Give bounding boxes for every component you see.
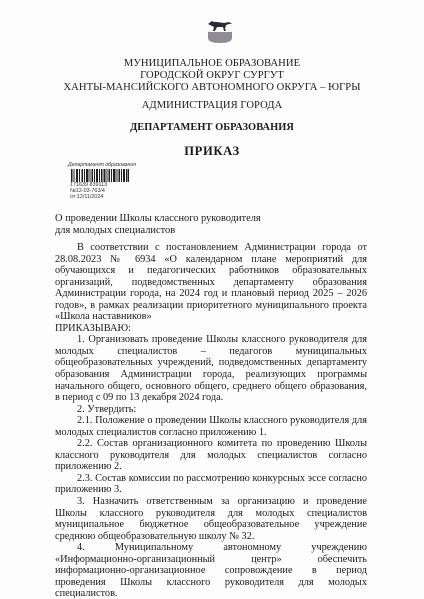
order-directive-word: ПРИКАЗЫВАЮ:	[55, 323, 367, 335]
barcode-icon	[71, 169, 129, 182]
stamp-date: от:12/11/2024	[70, 194, 138, 200]
subject-line-1: О проведении Школы классного руководител…	[55, 213, 261, 225]
document-type-title: ПРИКАЗ	[0, 145, 424, 157]
order-item-2: 2. Утвердить:	[55, 404, 367, 416]
municipality-line-2: ГОРОДСКОЙ ОКРУГ СУРГУТ	[0, 70, 424, 82]
order-item-2-2: 2.2. Состав организационного комитета по…	[55, 438, 367, 473]
order-item-2-1: 2.1. Положение о проведении Школы классн…	[55, 415, 367, 438]
municipality-heading: МУНИЦИПАЛЬНОЕ ОБРАЗОВАНИЕ ГОРОДСКОЙ ОКРУ…	[0, 58, 424, 95]
municipality-line-1: МУНИЦИПАЛЬНОЕ ОБРАЗОВАНИЕ	[0, 58, 424, 70]
document-page: МУНИЦИПАЛЬНОЕ ОБРАЗОВАНИЕ ГОРОДСКОЙ ОКРУ…	[0, 0, 424, 599]
stamp-organization: Департамент образования	[68, 162, 138, 168]
registration-stamp: Департамент образования	[58, 162, 138, 201]
preamble-paragraph: В соответствии с постановлением Админист…	[55, 242, 367, 323]
municipality-line-3: ХАНТЫ-МАНСИЙСКОГО АВТОНОМНОГО ОКРУГА – Ю…	[0, 82, 424, 94]
order-item-3: 3. Назначить ответственным за организаци…	[55, 496, 367, 542]
order-item-2-3: 2.3. Состав комиссии по рассмотрению кон…	[55, 473, 367, 496]
subject-line-2: для молодых специалистов	[55, 225, 261, 237]
coat-of-arms-icon	[205, 12, 235, 44]
order-body: В соответствии с постановлением Админист…	[55, 242, 367, 599]
department-heading: ДЕПАРТАМЕНТ ОБРАЗОВАНИЯ	[0, 122, 424, 134]
order-item-4: 4. Муниципальному автономному учреждению…	[55, 542, 367, 599]
order-subject: О проведении Школы классного руководител…	[55, 213, 261, 236]
administration-heading: АДМИНИСТРАЦИЯ ГОРОДА	[0, 100, 424, 112]
order-item-1: 1. Организовать проведение Школы классно…	[55, 334, 367, 403]
